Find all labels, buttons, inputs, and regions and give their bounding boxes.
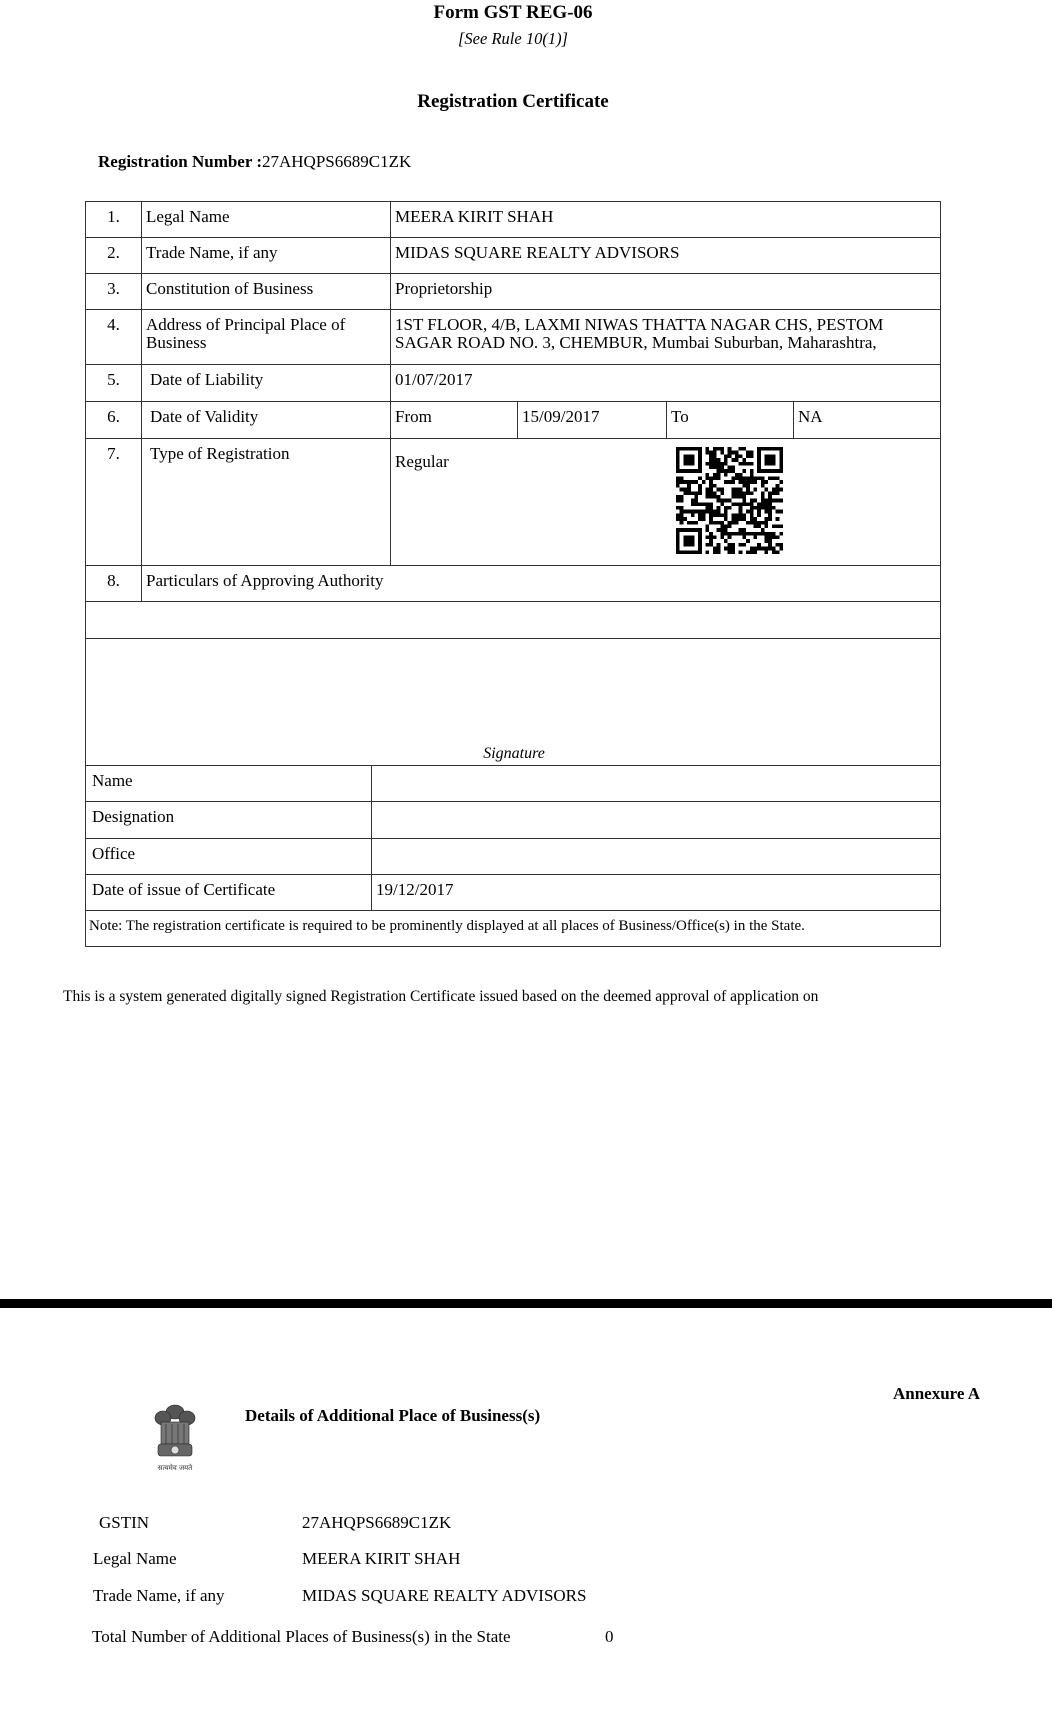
total-additional-places-label: Total Number of Additional Places of Bus… (92, 1627, 511, 1647)
validity-from-label: From (391, 402, 517, 438)
legal-name-label: Legal Name (93, 1549, 177, 1569)
trade-name-value: MIDAS SQUARE REALTY ADVISORS (391, 238, 939, 273)
display-note: Note: The registration certificate is re… (86, 911, 939, 947)
signature-area: Signature (85, 638, 941, 765)
signature-label: Signature (86, 745, 942, 763)
gstin-value: 27AHQPS6689C1ZK (302, 1513, 451, 1533)
page-separator (0, 1299, 1052, 1308)
legal-name-value: MEERA KIRIT SHAH (302, 1549, 460, 1569)
gstin-label: GSTIN (99, 1513, 149, 1533)
row-number: 3. (86, 274, 141, 309)
designation-value (372, 802, 938, 838)
row-label: Address of Principal Place of Business (142, 310, 390, 364)
certificate-title: Registration Certificate (0, 91, 1026, 113)
row-label: Name (88, 766, 368, 801)
legal-name-value: MEERA KIRIT SHAH (391, 202, 939, 237)
row-label: Date of Liability (146, 365, 390, 401)
validity-from-value: 15/09/2017 (518, 402, 666, 438)
row-label: Date of issue of Certificate (88, 875, 368, 910)
table-row: 1. Legal Name MEERA KIRIT SHAH (85, 201, 941, 237)
table-row: 5. Date of Liability 01/07/2017 (85, 364, 941, 401)
liability-date-value: 01/07/2017 (391, 365, 939, 401)
row-number: 4. (86, 310, 141, 364)
row-label: Type of Registration (146, 439, 390, 565)
constitution-value: Proprietorship (391, 274, 939, 309)
row-number: 8. (86, 566, 141, 601)
table-row: 2. Trade Name, if any MIDAS SQUARE REALT… (85, 237, 941, 273)
row-number: 5. (86, 365, 141, 401)
row-label: Constitution of Business (142, 274, 390, 309)
office-value (372, 839, 938, 874)
row-label: Legal Name (142, 202, 390, 237)
row-label: Particulars of Approving Authority (142, 566, 642, 601)
total-additional-places-value: 0 (605, 1627, 614, 1647)
row-number: 6. (86, 402, 141, 438)
national-emblem-icon: सत्यमेव जयते (144, 1402, 206, 1476)
row-number: 7. (86, 439, 141, 565)
validity-to-label: To (667, 402, 793, 438)
table-row: 4. Address of Principal Place of Busines… (85, 309, 941, 364)
row-number: 2. (86, 238, 141, 273)
table-row: 6. Date of Validity From 15/09/2017 To N… (85, 401, 941, 438)
qr-code-icon (676, 447, 783, 554)
address-value: 1ST FLOOR, 4/B, LAXMI NIWAS THATTA NAGAR… (391, 310, 939, 364)
table-row: 7. Type of Registration Regular (85, 438, 941, 565)
registration-number-label: Registration Number : (98, 152, 262, 171)
registration-number-value: 27AHQPS6689C1ZK (262, 152, 411, 171)
row-label: Trade Name, if any (142, 238, 390, 273)
registration-number: Registration Number :27AHQPS6689C1ZK (98, 152, 411, 172)
registration-type-value: Regular (391, 439, 591, 565)
row-number: 1. (86, 202, 141, 237)
issue-date-value: 19/12/2017 (372, 875, 938, 910)
annexure-label: Annexure A (893, 1384, 980, 1404)
form-title: Form GST REG-06 (0, 2, 1026, 24)
row-label: Designation (88, 802, 368, 838)
note-row: Note: The registration certificate is re… (85, 910, 941, 947)
trade-name-label: Trade Name, if any (93, 1586, 225, 1606)
table-row: 3. Constitution of Business Proprietorsh… (85, 273, 941, 309)
table-row: Office (85, 838, 941, 874)
row-label: Office (88, 839, 368, 874)
blank-row (85, 601, 941, 638)
trade-name-value: MIDAS SQUARE REALTY ADVISORS (302, 1586, 586, 1606)
annexure-heading: Details of Additional Place of Business(… (245, 1406, 540, 1426)
row-label: Date of Validity (146, 402, 390, 438)
table-row: Name (85, 765, 941, 801)
svg-text:सत्यमेव जयते: सत्यमेव जयते (158, 1463, 193, 1472)
rule-reference: [See Rule 10(1)] (0, 29, 1026, 49)
authority-name-value (372, 766, 938, 801)
table-row: Designation (85, 801, 941, 838)
system-generated-note: This is a system generated digitally sig… (63, 988, 818, 1006)
table-row: 8. Particulars of Approving Authority (85, 565, 941, 601)
table-row: Date of issue of Certificate 19/12/2017 (85, 874, 941, 910)
validity-to-value: NA (794, 402, 939, 438)
